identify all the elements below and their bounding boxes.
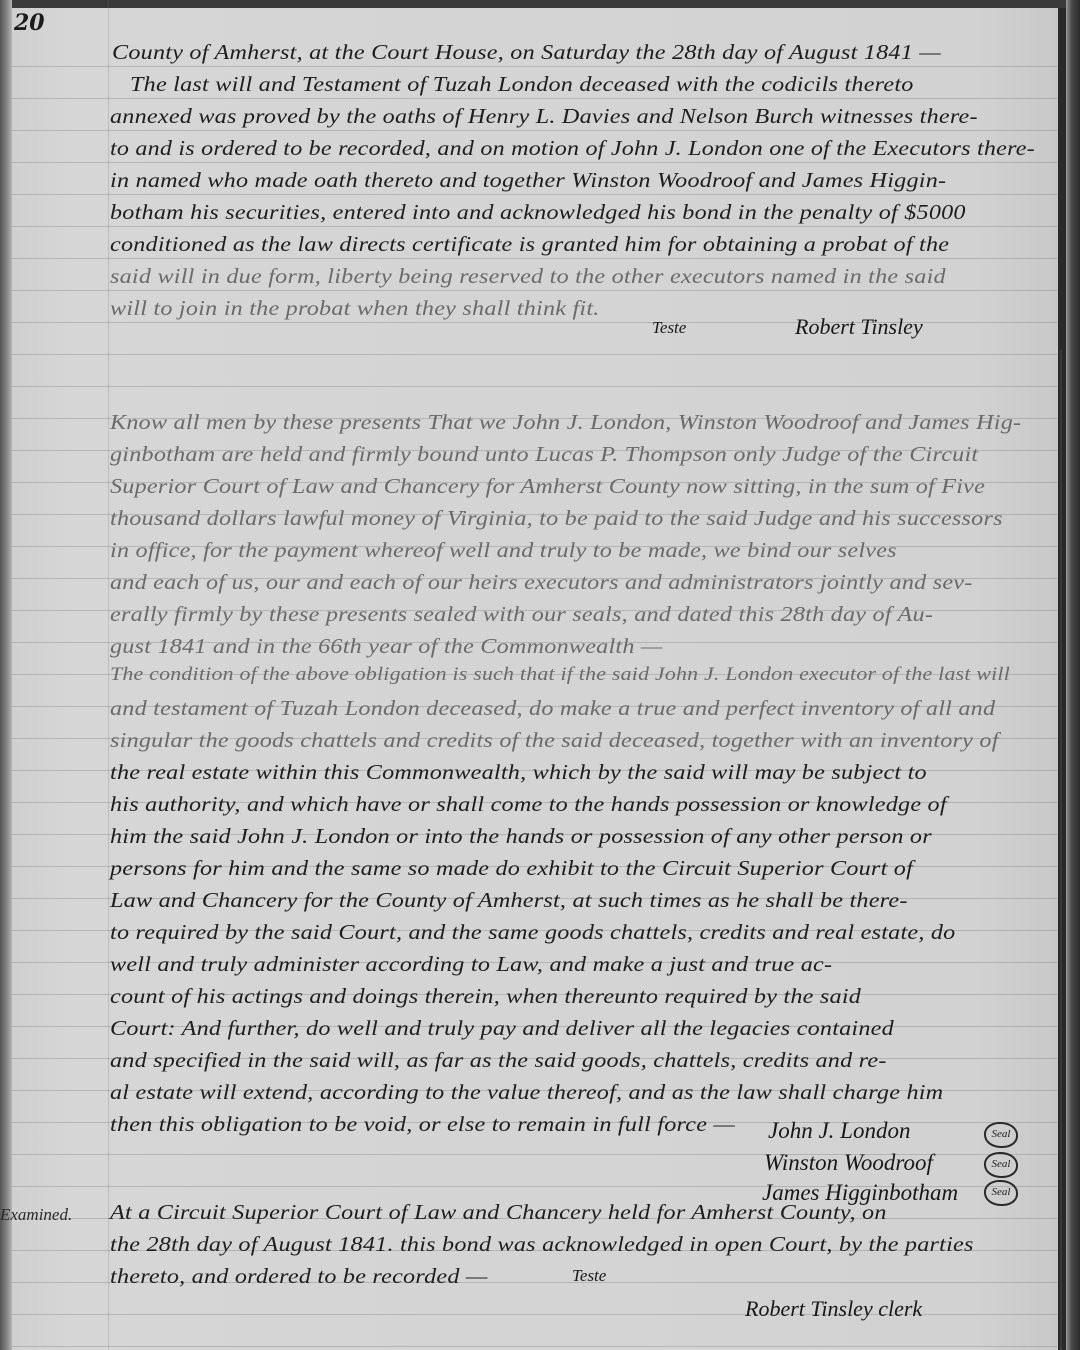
probate-line: said will in due form, liberty being res… xyxy=(110,264,946,289)
teste-label: Teste xyxy=(652,318,686,338)
bond-line: singular the goods chattels and credits … xyxy=(110,728,999,753)
bond-line: persons for him and the same so made do … xyxy=(110,856,913,881)
probate-line: botham his securities, entered into and … xyxy=(110,200,966,225)
seal-icon: Seal xyxy=(984,1122,1018,1148)
bond-line: the real estate within this Commonwealth… xyxy=(110,760,927,785)
bond-line: Law and Chancery for the County of Amher… xyxy=(110,888,908,913)
seal-icon: Seal xyxy=(984,1180,1018,1206)
bond-line: count of his actings and doings therein,… xyxy=(110,984,861,1009)
ruled-line xyxy=(12,258,1057,259)
bond-line: Know all men by these presents That we J… xyxy=(110,410,1021,435)
signature-winston-woodroof: Winston Woodroof xyxy=(764,1150,933,1176)
bond-line: The condition of the above obligation is… xyxy=(110,664,1010,686)
ruled-line xyxy=(12,194,1057,195)
probate-line: County of Amherst, at the Court House, o… xyxy=(112,40,941,65)
bond-line: his authority, and which have or shall c… xyxy=(110,792,947,817)
bond-line: ginbotham are held and firmly bound unto… xyxy=(110,442,978,467)
bond-line: and testament of Tuzah London deceased, … xyxy=(110,696,995,721)
book-binding xyxy=(0,0,12,1350)
ruled-line xyxy=(12,130,1057,131)
bond-line: erally firmly by these presents sealed w… xyxy=(110,602,933,627)
page-top-edge xyxy=(0,0,1080,8)
ruled-line xyxy=(12,386,1057,387)
bond-line: gust 1841 and in the 66th year of the Co… xyxy=(110,634,663,659)
bond-line: to required by the said Court, and the s… xyxy=(110,920,956,945)
teste-label: Teste xyxy=(572,1266,606,1286)
margin-note: Examined. xyxy=(0,1205,72,1225)
ruled-line xyxy=(12,226,1057,227)
ruled-line xyxy=(12,162,1057,163)
ruled-line xyxy=(12,1346,1057,1347)
bond-line: then this obligation to be void, or else… xyxy=(110,1112,735,1137)
bond-line: well and truly administer according to L… xyxy=(110,952,832,977)
probate-line: The last will and Testament of Tuzah Lon… xyxy=(130,72,914,97)
clerk-signature: Robert Tinsley clerk xyxy=(745,1296,922,1322)
acknowledgment-line: At a Circuit Superior Court of Law and C… xyxy=(110,1200,887,1225)
ruled-line xyxy=(12,98,1057,99)
acknowledgment-line: the 28th day of August 1841. this bond w… xyxy=(110,1232,974,1257)
bond-line: al estate will extend, according to the … xyxy=(110,1080,943,1105)
right-margin-rule xyxy=(1060,350,1062,1350)
probate-line: will to join in the probat when they sha… xyxy=(110,296,600,321)
signature-john-london: John J. London xyxy=(768,1118,910,1144)
clerk-signature: Robert Tinsley xyxy=(795,314,923,340)
ruled-line xyxy=(12,66,1057,67)
page-number: 20 xyxy=(14,10,45,36)
left-margin-rule xyxy=(108,0,109,1350)
bond-line: Court: And further, do well and truly pa… xyxy=(110,1016,894,1041)
bond-line: Superior Court of Law and Chancery for A… xyxy=(110,474,985,499)
ruled-line xyxy=(12,290,1057,291)
ruled-line xyxy=(12,354,1057,355)
probate-line: in named who made oath thereto and toget… xyxy=(110,168,946,193)
probate-line: annexed was proved by the oaths of Henry… xyxy=(110,104,978,129)
seal-icon: Seal xyxy=(984,1152,1018,1178)
bond-line: and specified in the said will, as far a… xyxy=(110,1048,887,1073)
probate-line: conditioned as the law directs certifica… xyxy=(110,232,949,257)
bond-line: him the said John J. London or into the … xyxy=(110,824,932,849)
bond-line: thousand dollars lawful money of Virgini… xyxy=(110,506,1003,531)
probate-line: to and is ordered to be recorded, and on… xyxy=(110,136,1035,161)
acknowledgment-line: thereto, and ordered to be recorded — xyxy=(110,1264,488,1289)
bond-line: and each of us, our and each of our heir… xyxy=(110,570,973,595)
bond-line: in office, for the payment whereof well … xyxy=(110,538,897,563)
page-right-edge xyxy=(1066,0,1080,1350)
